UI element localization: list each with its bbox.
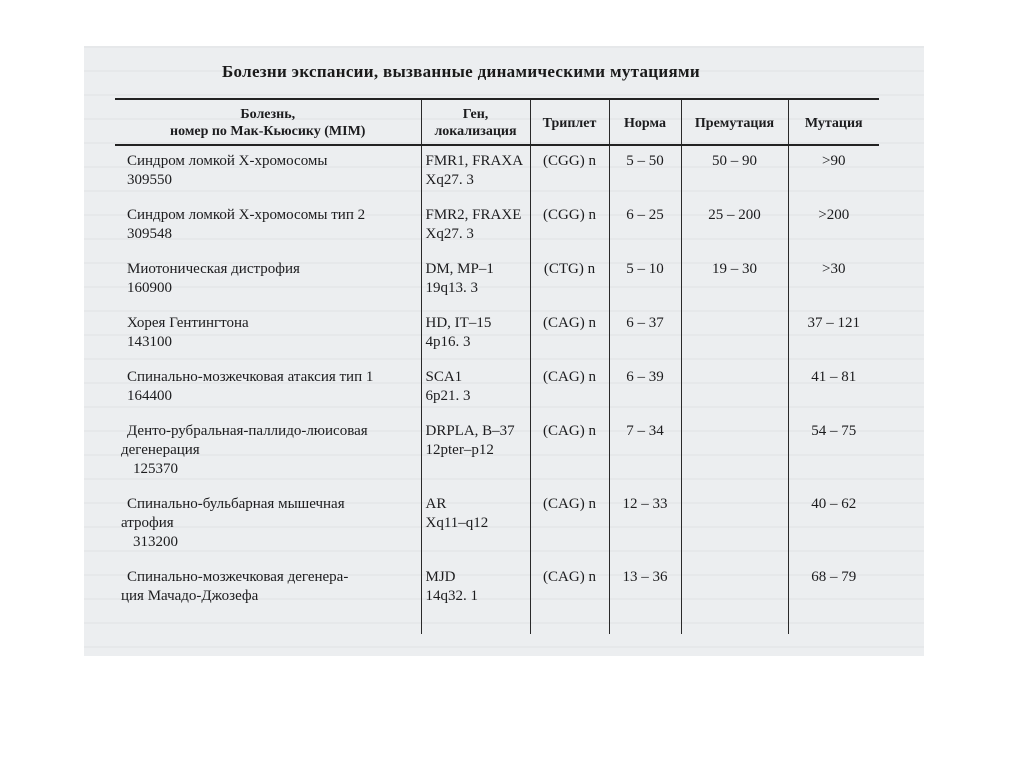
header-premutation: Премутация xyxy=(681,99,788,145)
disease-cell-line: 309548 xyxy=(121,225,417,244)
header-line: локализация xyxy=(426,123,526,140)
disease-cell-line: Спинально-мозжечковая атаксия тип 1 xyxy=(121,368,417,387)
premutation-cell xyxy=(681,416,788,489)
disease-cell-line: 125370 xyxy=(121,460,417,479)
norm-cell: 7 – 34 xyxy=(609,416,681,489)
table-body: Синдром ломкой Х-хромосомы309550FMR1, FR… xyxy=(115,145,879,634)
disease-cell: Спинально-бульбарная мышечнаяатрофия3132… xyxy=(115,489,421,562)
mutation-cell: >200 xyxy=(788,200,879,254)
disease-cell: Спинально-мозжечковая дегенера-ция Мачад… xyxy=(115,562,421,634)
premutation-cell xyxy=(681,489,788,562)
disease-cell-line: 143100 xyxy=(121,333,417,352)
mutation-cell: 68 – 79 xyxy=(788,562,879,634)
triplet-cell: (CGG) n xyxy=(530,200,609,254)
gene-cell: MJD14q32. 1 xyxy=(421,562,530,634)
disease-cell-line: Спинально-бульбарная мышечная xyxy=(121,495,417,514)
gene-cell: FMR2, FRAXEXq27. 3 xyxy=(421,200,530,254)
disease-cell-line: ция Мачадо-Джозефа xyxy=(121,587,417,606)
header-mutation: Мутация xyxy=(788,99,879,145)
mutation-cell: 41 – 81 xyxy=(788,362,879,416)
premutation-cell xyxy=(681,308,788,362)
gene-cell-line: Xq27. 3 xyxy=(426,225,526,244)
gene-cell: DM, MP–119q13. 3 xyxy=(421,254,530,308)
disease-cell: Спинально-мозжечковая атаксия тип 116440… xyxy=(115,362,421,416)
triplet-cell: (CAG) n xyxy=(530,308,609,362)
norm-cell: 12 – 33 xyxy=(609,489,681,562)
premutation-cell: 50 – 90 xyxy=(681,145,788,200)
table-row: Синдром ломкой Х-хромосомы309550FMR1, FR… xyxy=(115,145,879,200)
norm-cell: 6 – 25 xyxy=(609,200,681,254)
gene-cell-line: 4p16. 3 xyxy=(426,333,526,352)
gene-cell-line: 12pter–p12 xyxy=(426,441,526,460)
premutation-cell: 25 – 200 xyxy=(681,200,788,254)
gene-cell: SCA16p21. 3 xyxy=(421,362,530,416)
triplet-cell: (CGG) n xyxy=(530,145,609,200)
disease-cell-line: атрофия xyxy=(121,514,417,533)
gene-cell-line: 6p21. 3 xyxy=(426,387,526,406)
mutation-cell: >90 xyxy=(788,145,879,200)
header-triplet: Триплет xyxy=(530,99,609,145)
table-row: Спинально-мозжечковая дегенера-ция Мачад… xyxy=(115,562,879,634)
norm-cell: 6 – 39 xyxy=(609,362,681,416)
table-row: Синдром ломкой Х-хромосомы тип 2309548FM… xyxy=(115,200,879,254)
gene-cell-line: MJD xyxy=(426,568,526,587)
table-title: Болезни экспансии, вызванные динамически… xyxy=(222,62,822,82)
table-row: Спинально-мозжечковая атаксия тип 116440… xyxy=(115,362,879,416)
gene-cell: ARXq11–q12 xyxy=(421,489,530,562)
header-line: Премутация xyxy=(686,115,784,132)
gene-cell-line: SCA1 xyxy=(426,368,526,387)
mutation-cell: 40 – 62 xyxy=(788,489,879,562)
table-row: Спинально-бульбарная мышечнаяатрофия3132… xyxy=(115,489,879,562)
disease-cell-line: Миотоническая дистрофия xyxy=(121,260,417,279)
header-line: номер по Мак-Кьюсику (MIM) xyxy=(119,123,417,140)
disease-cell-line: Спинально-мозжечковая дегенера- xyxy=(121,568,417,587)
disease-cell: Хорея Гентингтона143100 xyxy=(115,308,421,362)
premutation-cell xyxy=(681,562,788,634)
mutation-cell: 54 – 75 xyxy=(788,416,879,489)
gene-cell-line: 14q32. 1 xyxy=(426,587,526,606)
premutation-cell xyxy=(681,362,788,416)
mutation-cell: 37 – 121 xyxy=(788,308,879,362)
disease-cell: Миотоническая дистрофия160900 xyxy=(115,254,421,308)
mutation-cell: >30 xyxy=(788,254,879,308)
gene-cell-line: DRPLA, B–37 xyxy=(426,422,526,441)
triplet-cell: (CAG) n xyxy=(530,362,609,416)
header-line: Ген, xyxy=(426,106,526,123)
header-line: Мутация xyxy=(793,115,876,132)
table-header-row: Болезнь,номер по Мак-Кьюсику (MIM)Ген,ло… xyxy=(115,99,879,145)
header-disease: Болезнь,номер по Мак-Кьюсику (MIM) xyxy=(115,99,421,145)
header-line: Болезнь, xyxy=(119,106,417,123)
table-row: Денто-рубральная-паллидо-люисоваядегенер… xyxy=(115,416,879,489)
header-norm: Норма xyxy=(609,99,681,145)
disease-cell-line: Хорея Гентингтона xyxy=(121,314,417,333)
disease-cell-line: 309550 xyxy=(121,171,417,190)
triplet-cell: (CAG) n xyxy=(530,416,609,489)
disease-cell-line: 313200 xyxy=(121,533,417,552)
gene-cell-line: AR xyxy=(426,495,526,514)
table-row: Хорея Гентингтона143100HD, IT–154p16. 3(… xyxy=(115,308,879,362)
disease-cell-line: Денто-рубральная-паллидо-люисовая xyxy=(121,422,417,441)
disease-cell-line: 160900 xyxy=(121,279,417,298)
norm-cell: 5 – 50 xyxy=(609,145,681,200)
gene-cell-line: HD, IT–15 xyxy=(426,314,526,333)
header-line: Триплет xyxy=(535,115,605,132)
disease-cell-line: Синдром ломкой Х-хромосомы xyxy=(121,152,417,171)
header-line: Норма xyxy=(614,115,677,132)
disease-cell: Денто-рубральная-паллидо-люисоваядегенер… xyxy=(115,416,421,489)
norm-cell: 6 – 37 xyxy=(609,308,681,362)
triplet-cell: (CTG) n xyxy=(530,254,609,308)
gene-cell-line: FMR1, FRAXA xyxy=(426,152,526,171)
disease-cell: Синдром ломкой Х-хромосомы тип 2309548 xyxy=(115,200,421,254)
disease-cell-line: 164400 xyxy=(121,387,417,406)
gene-cell: FMR1, FRAXAXq27. 3 xyxy=(421,145,530,200)
gene-cell-line: Xq27. 3 xyxy=(426,171,526,190)
gene-cell-line: 19q13. 3 xyxy=(426,279,526,298)
disease-cell-line: дегенерация xyxy=(121,441,417,460)
expansion-diseases-table: Болезнь,номер по Мак-Кьюсику (MIM)Ген,ло… xyxy=(115,98,879,634)
premutation-cell: 19 – 30 xyxy=(681,254,788,308)
gene-cell: HD, IT–154p16. 3 xyxy=(421,308,530,362)
norm-cell: 5 – 10 xyxy=(609,254,681,308)
gene-cell-line: DM, MP–1 xyxy=(426,260,526,279)
triplet-cell: (CAG) n xyxy=(530,489,609,562)
gene-cell-line: FMR2, FRAXE xyxy=(426,206,526,225)
disease-cell: Синдром ломкой Х-хромосомы309550 xyxy=(115,145,421,200)
header-gene: Ген,локализация xyxy=(421,99,530,145)
triplet-cell: (CAG) n xyxy=(530,562,609,634)
norm-cell: 13 – 36 xyxy=(609,562,681,634)
table-row: Миотоническая дистрофия160900DM, MP–119q… xyxy=(115,254,879,308)
disease-cell-line: Синдром ломкой Х-хромосомы тип 2 xyxy=(121,206,417,225)
gene-cell: DRPLA, B–3712pter–p12 xyxy=(421,416,530,489)
gene-cell-line: Xq11–q12 xyxy=(426,514,526,533)
